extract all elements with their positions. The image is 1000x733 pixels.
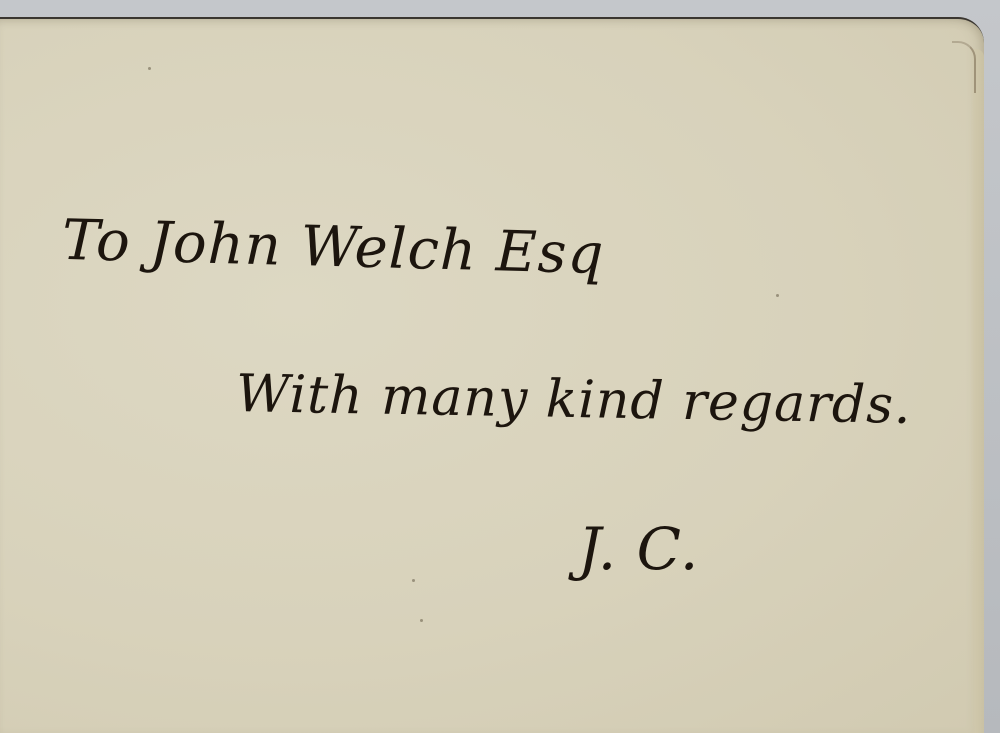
paper-speck — [148, 67, 151, 70]
inscription-signature: J. C. — [578, 515, 699, 583]
paper-speck — [776, 294, 779, 297]
page-edge — [970, 49, 984, 733]
paper-speck — [412, 579, 415, 582]
page-corner-curl — [952, 41, 976, 93]
inscription-message-line: With many kind regards. — [236, 364, 912, 436]
paper-speck — [420, 619, 423, 622]
